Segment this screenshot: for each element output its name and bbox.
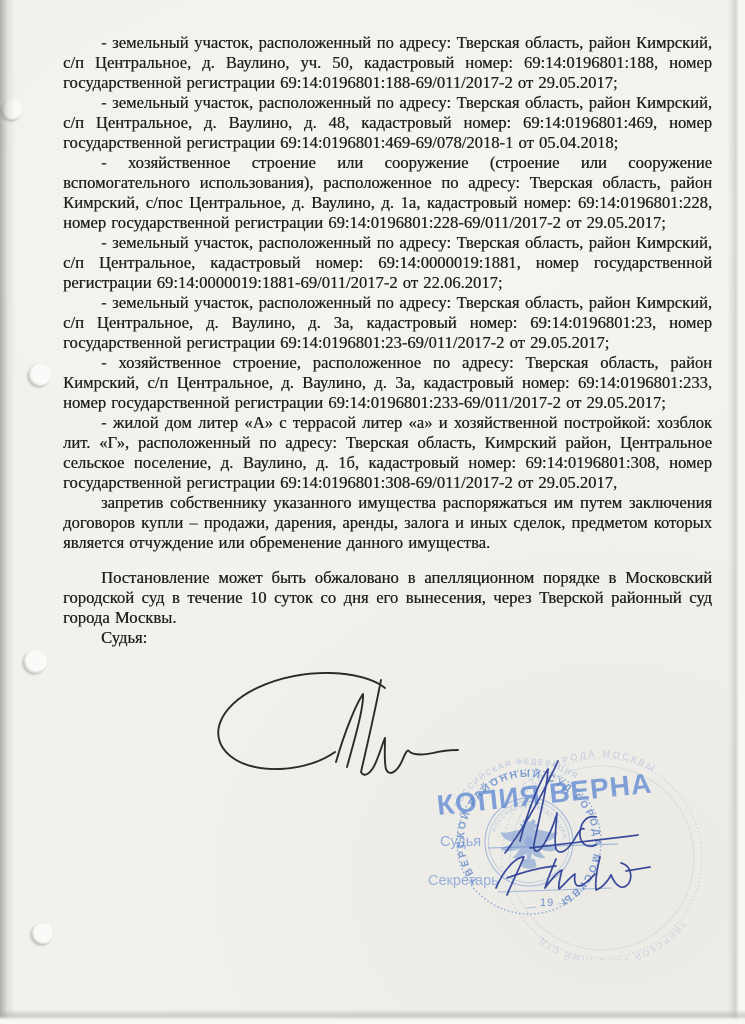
paragraph-house-1b: - жилой дом литер «А» с террасой литер «… <box>63 413 712 493</box>
copy-certification-stamp: СУД ГОРОДА МОСКВЫ ТВЕРСКОЙ РАЙОННЫЙ СУД … <box>410 745 745 960</box>
scanned-court-document: { "document": { "paragraphs": [ "- земел… <box>0 0 745 1024</box>
paragraph-outbuilding-1a: - хозяйственное строение или сооружение … <box>63 153 712 233</box>
paragraph-land-plot-3a: - земельный участок, расположенный по ад… <box>63 293 712 353</box>
paragraph-land-plot-50: - земельный участок, расположенный по ад… <box>63 33 712 93</box>
seal-number: 19 <box>540 897 554 909</box>
signature-loop <box>218 673 385 769</box>
scan-edge-right <box>723 0 745 1024</box>
paragraph-land-plot-48: - земельный участок, расположенный по ад… <box>63 93 712 153</box>
punch-hole-3 <box>24 650 47 673</box>
signature-stroke-1 <box>336 694 363 767</box>
paper-page: - земельный участок, расположенный по ад… <box>0 0 745 1024</box>
punch-hole-2 <box>29 364 51 386</box>
scan-edge-bottom <box>0 1006 745 1024</box>
paragraph-land-plot-1881: - земельный участок, расположенный по ад… <box>63 233 712 293</box>
eagle-emblem-icon <box>501 816 558 869</box>
paragraph-prohibition: запретив собственнику указанного имущест… <box>63 493 712 553</box>
stamp-secretary-label: Секретарь <box>428 873 499 889</box>
svg-text:ТВЕРСКОЙ РАЙОННЫЙ СУД: ТВЕРСКОЙ РАЙОННЫЙ СУД <box>536 919 689 960</box>
judge-label: Судья: <box>63 628 712 648</box>
punch-hole-4 <box>32 923 53 944</box>
document-body-text: - земельный участок, расположенный по ад… <box>63 33 712 648</box>
scan-edge-left <box>0 0 15 1024</box>
ghost-seal-bottom-text: ТВЕРСКОЙ РАЙОННЫЙ СУД <box>536 919 689 960</box>
paragraph-outbuilding-3a: - хозяйственное строение, расположенное … <box>63 353 712 413</box>
paragraph-appeal: Постановление может быть обжаловано в ап… <box>63 568 712 628</box>
